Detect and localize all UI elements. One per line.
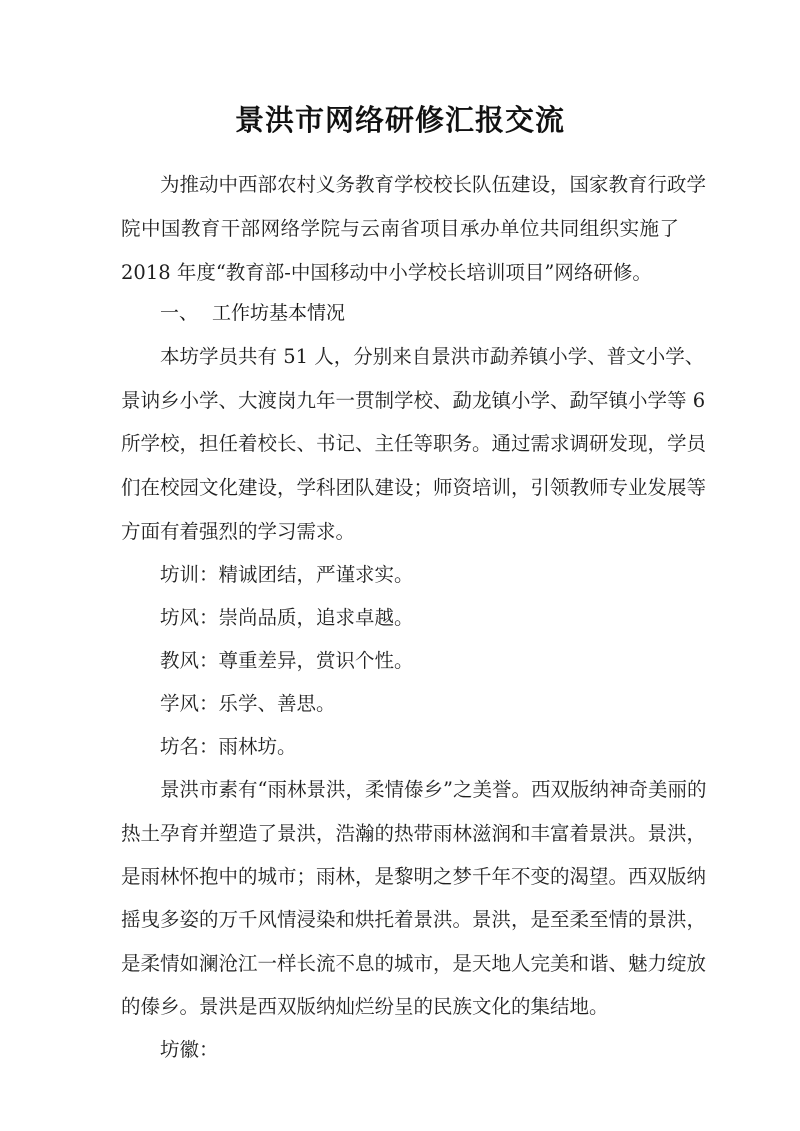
- paragraph-line-2: 景讷乡小学、大渡岗九年一贯制学校、勐龙镇小学、勐罕镇小学等 6: [121, 389, 679, 413]
- description-line-4: 摇曳多姿的万千风情浸染和烘托着景洪。景洪，是至柔至情的景洪，: [121, 908, 679, 932]
- description-line-3: 是雨林怀抱中的城市；雨林，是黎明之梦千年不变的渴望。西双版纳: [121, 865, 679, 889]
- motto-value: 崇尚品质，追求卓越。: [219, 606, 414, 629]
- motto-value: 乐学、善思。: [219, 692, 336, 715]
- motto-label: 坊风：: [160, 606, 219, 629]
- paragraph-line-4: 们在校园文化建设，学科团队建设；师资培训，引领教师专业发展等: [121, 476, 679, 500]
- motto-label: 教风：: [160, 649, 219, 672]
- document-page: 景洪市网络研修汇报交流 为推动中西部农村义务教育学校校长队伍建设，国家教育行政学…: [0, 0, 800, 1131]
- motto-value: 精诚团结，严谨求实。: [219, 563, 414, 586]
- description-line-2: 热土孕育并塑造了景洪，浩瀚的热带雨林滋润和丰富着景洪。景洪，: [121, 822, 679, 846]
- description-line-1: 景洪市素有“雨林景洪，柔情傣乡”之美誉。西双版纳神奇美丽的: [160, 778, 679, 802]
- motto-value: 雨林坊。: [219, 735, 297, 758]
- motto-workshop-style: 坊风：崇尚品质，追求卓越。: [160, 606, 414, 630]
- motto-label: 坊训：: [160, 563, 219, 586]
- paragraph-line-3: 所学校，担任着校长、书记、主任等职务。通过需求调研发现，学员: [121, 432, 679, 456]
- motto-teaching-style: 教风：尊重差异，赏识个性。: [160, 649, 414, 673]
- section-number: 一、: [160, 301, 212, 325]
- motto-workshop-training: 坊训：精诚团结，严谨求实。: [160, 563, 414, 587]
- page-title: 景洪市网络研修汇报交流: [0, 98, 800, 139]
- intro-line-2: 院中国教育干部网络学院与云南省项目承办单位共同组织实施了: [121, 217, 679, 241]
- intro-line-3: 2018 年度“教育部-中国移动中小学校长培训项目”网络研修。: [121, 261, 652, 285]
- paragraph-line-5: 方面有着强烈的学习需求。: [121, 520, 355, 544]
- motto-workshop-name: 坊名：雨林坊。: [160, 735, 297, 759]
- section-heading: 一、工作坊基本情况: [160, 301, 345, 325]
- emblem-label: 坊徽：: [160, 1038, 219, 1062]
- motto-label: 学风：: [160, 692, 219, 715]
- motto-label: 坊名：: [160, 735, 219, 758]
- paragraph-line-1: 本坊学员共有 51 人，分别来自景洪市勐养镇小学、普文小学、: [160, 345, 679, 369]
- description-line-5: 是柔情如澜沧江一样长流不息的城市，是天地人完美和谐、魅力绽放: [121, 952, 679, 976]
- description-line-6: 的傣乡。景洪是西双版纳灿烂纷呈的民族文化的集结地。: [121, 995, 609, 1019]
- motto-value: 尊重差异，赏识个性。: [219, 649, 414, 672]
- section-title: 工作坊基本情况: [212, 302, 345, 324]
- motto-learning-style: 学风：乐学、善思。: [160, 692, 336, 716]
- intro-line-1: 为推动中西部农村义务教育学校校长队伍建设，国家教育行政学: [160, 173, 679, 197]
